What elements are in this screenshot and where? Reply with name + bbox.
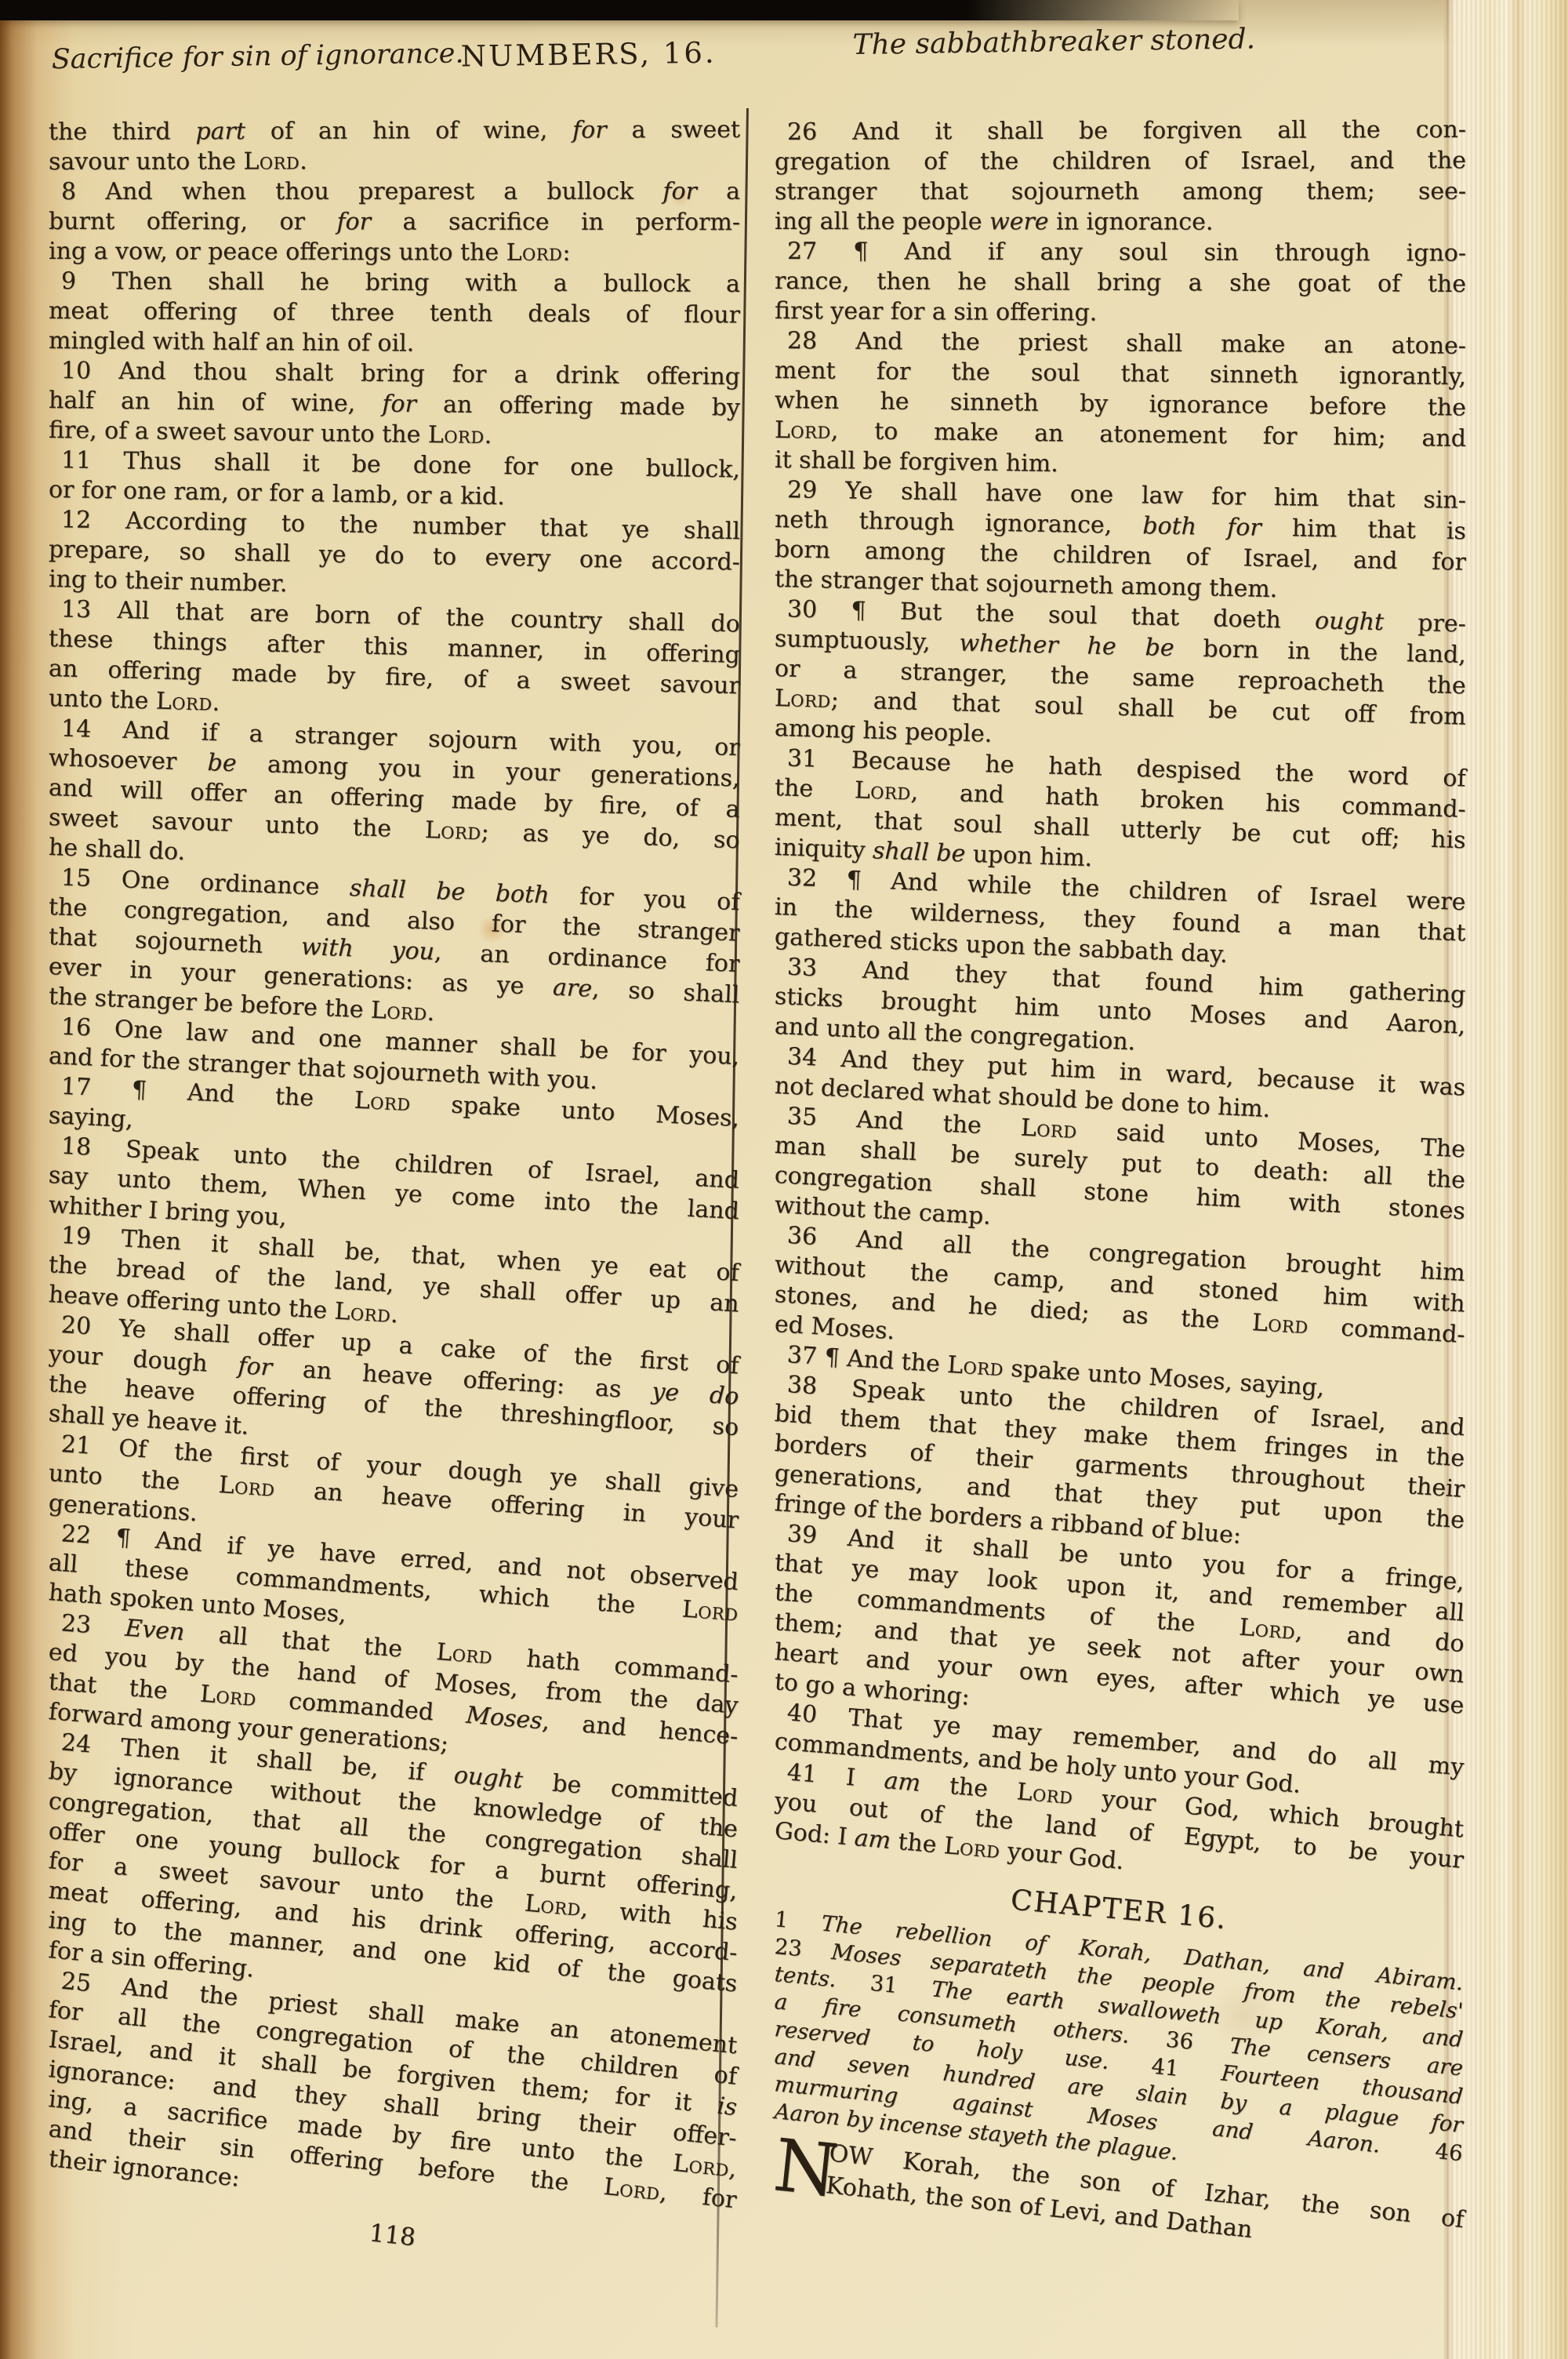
styled-word: am	[853, 1824, 891, 1855]
verse-line: ing all the people were in ignorance.	[775, 207, 1466, 238]
left-text-column: the third part of an hin of wine, for a …	[49, 118, 740, 2213]
verse-line: 8 And when thou preparest a bullock for …	[49, 177, 740, 207]
small-caps-word: Lord	[155, 688, 212, 717]
styled-word: 31	[869, 1971, 898, 1998]
verse-line: 26 And it shall be forgiven all the con-	[775, 115, 1466, 147]
running-head-left: Sacrifice for sin of ignorance.	[51, 38, 463, 75]
small-caps-word: Lord	[243, 147, 299, 175]
small-caps-word: Lord	[354, 1087, 411, 1117]
running-head: Sacrifice for sin of ignorance. NUMBERS,…	[0, 22, 1568, 100]
styled-word: Moses	[465, 1702, 543, 1736]
small-caps-word: Lord	[1251, 1309, 1309, 1339]
verse: 30 ¶ But the soul that doeth ought pre-s…	[775, 594, 1466, 743]
small-caps-word: Lord	[946, 1351, 1004, 1382]
binding-shadow	[0, 0, 1239, 20]
small-caps-word: Lord	[506, 239, 563, 267]
small-caps-word: Lord	[681, 1595, 739, 1627]
styled-word: ye do	[651, 1378, 739, 1411]
small-caps-word: Lord	[334, 1298, 392, 1329]
verse-line: ing a vow, or peace offerings unto the L…	[49, 237, 740, 269]
small-caps-word: Lord	[1020, 1114, 1077, 1145]
styled-word: for	[336, 208, 371, 235]
styled-word: ought	[453, 1761, 524, 1794]
styled-word: were	[989, 208, 1049, 235]
styled-word: are	[552, 974, 592, 1003]
verse-line: gregation of the children of Israel, and…	[775, 146, 1466, 177]
verse: 12 According to the number that ye shall…	[49, 505, 740, 594]
styled-word: part	[195, 118, 245, 145]
verse-line: mingled with half an hin of oil.	[49, 326, 740, 362]
small-caps-word: Lord	[775, 685, 832, 714]
styled-word: be	[207, 749, 237, 777]
styled-word: for	[662, 178, 697, 205]
verse: 15 One ordinance shall be both for you o…	[49, 863, 740, 1012]
verse: 28 And the priest shall make an atone-me…	[775, 326, 1466, 475]
small-caps-word: Lord	[1238, 1614, 1296, 1645]
styled-word: shall be both	[349, 874, 550, 909]
styled-word: ought	[1315, 607, 1385, 636]
page-paper: Sacrifice for sin of ignorance. NUMBERS,…	[0, 0, 1568, 2359]
small-caps-word: Lord	[854, 776, 911, 805]
styled-word: 41	[1150, 2054, 1180, 2081]
verse-line: stranger that sojourneth among them; see…	[775, 177, 1466, 207]
verse-line: the third part of an hin of wine, for a …	[49, 115, 740, 147]
verse-line: 27 ¶ And if any soul sin through igno-	[775, 237, 1466, 269]
styled-word: 46	[1434, 2139, 1464, 2166]
verse-line: 28 And the priest shall make an atone-	[775, 326, 1466, 362]
verse: 13 All that are born of the country shal…	[49, 594, 740, 714]
drop-cap: N	[771, 2135, 840, 2202]
styled-word: whether he be	[959, 630, 1174, 662]
styled-word: 23	[774, 1934, 804, 1961]
styled-word: 1	[774, 1906, 789, 1932]
verse-line: meat offering of three tenth deals of fl…	[49, 296, 740, 330]
verse-line: burnt offering, or for a sacrifice in pe…	[49, 207, 740, 238]
styled-word: is	[716, 2092, 738, 2121]
small-caps-word: Lord	[602, 2173, 661, 2206]
verse-line: 9 Then shall he bring with a bullock a	[49, 267, 740, 300]
verse: 14 And if a stranger sojourn with you, o…	[49, 714, 740, 863]
styled-word: shall be	[873, 837, 966, 867]
small-caps-word: Lord	[218, 1471, 276, 1503]
styled-word: for	[237, 1352, 273, 1382]
small-caps-word: Lord	[1015, 1778, 1073, 1810]
small-caps-word: Lord	[424, 816, 481, 845]
verse: 31 Because he hath despised the word oft…	[775, 743, 1466, 863]
small-caps-word: Lord	[775, 416, 831, 445]
styled-word: both for	[1142, 512, 1261, 542]
verse: the third part of an hin of wine, for a …	[49, 118, 740, 177]
verse: 9 Then shall he bring with a bullock ame…	[49, 267, 740, 356]
styled-word: with you	[300, 933, 434, 966]
styled-word: for	[572, 117, 607, 144]
verse-line: rance, then he shall bring a she goat of…	[775, 267, 1466, 300]
running-head-center: NUMBERS, 16.	[460, 36, 717, 74]
running-head-right: The sabbathbreaker stoned.	[852, 23, 1255, 61]
small-caps-word: Lord	[199, 1681, 257, 1713]
right-text-column: 26 And it shall be forgiven all the con-…	[775, 118, 1466, 2196]
styled-word: am	[883, 1767, 921, 1797]
verse-line: savour unto the Lord.	[49, 146, 740, 177]
small-caps-word: Lord	[370, 997, 427, 1027]
small-caps-word: Lord	[428, 421, 485, 449]
verse: 29 Ye shall have one law for him that si…	[775, 475, 1466, 594]
book-page-photo: Sacrifice for sin of ignorance. NUMBERS,…	[0, 0, 1568, 2359]
verse: 27 ¶ And if any soul sin through igno-ra…	[775, 237, 1466, 326]
verse-line: first year for a sin offering.	[775, 296, 1466, 330]
verse: 10 And thou shalt bring for a drink offe…	[49, 356, 740, 445]
styled-word: for	[382, 391, 416, 418]
small-caps-word: Lord	[435, 1638, 493, 1670]
verse: 11 Thus shall it be done for one bullock…	[49, 445, 740, 505]
styled-word: Even	[124, 1615, 185, 1647]
styled-word: 36	[1165, 2027, 1195, 2055]
small-caps-word: Lord	[524, 1890, 583, 1922]
small-caps-word: Lord	[672, 2150, 731, 2183]
verse: 8 And when thou preparest a bullock for …	[49, 177, 740, 267]
verse: 26 And it shall be forgiven all the con-…	[775, 118, 1466, 237]
small-caps-word: Lord	[942, 1832, 1001, 1864]
